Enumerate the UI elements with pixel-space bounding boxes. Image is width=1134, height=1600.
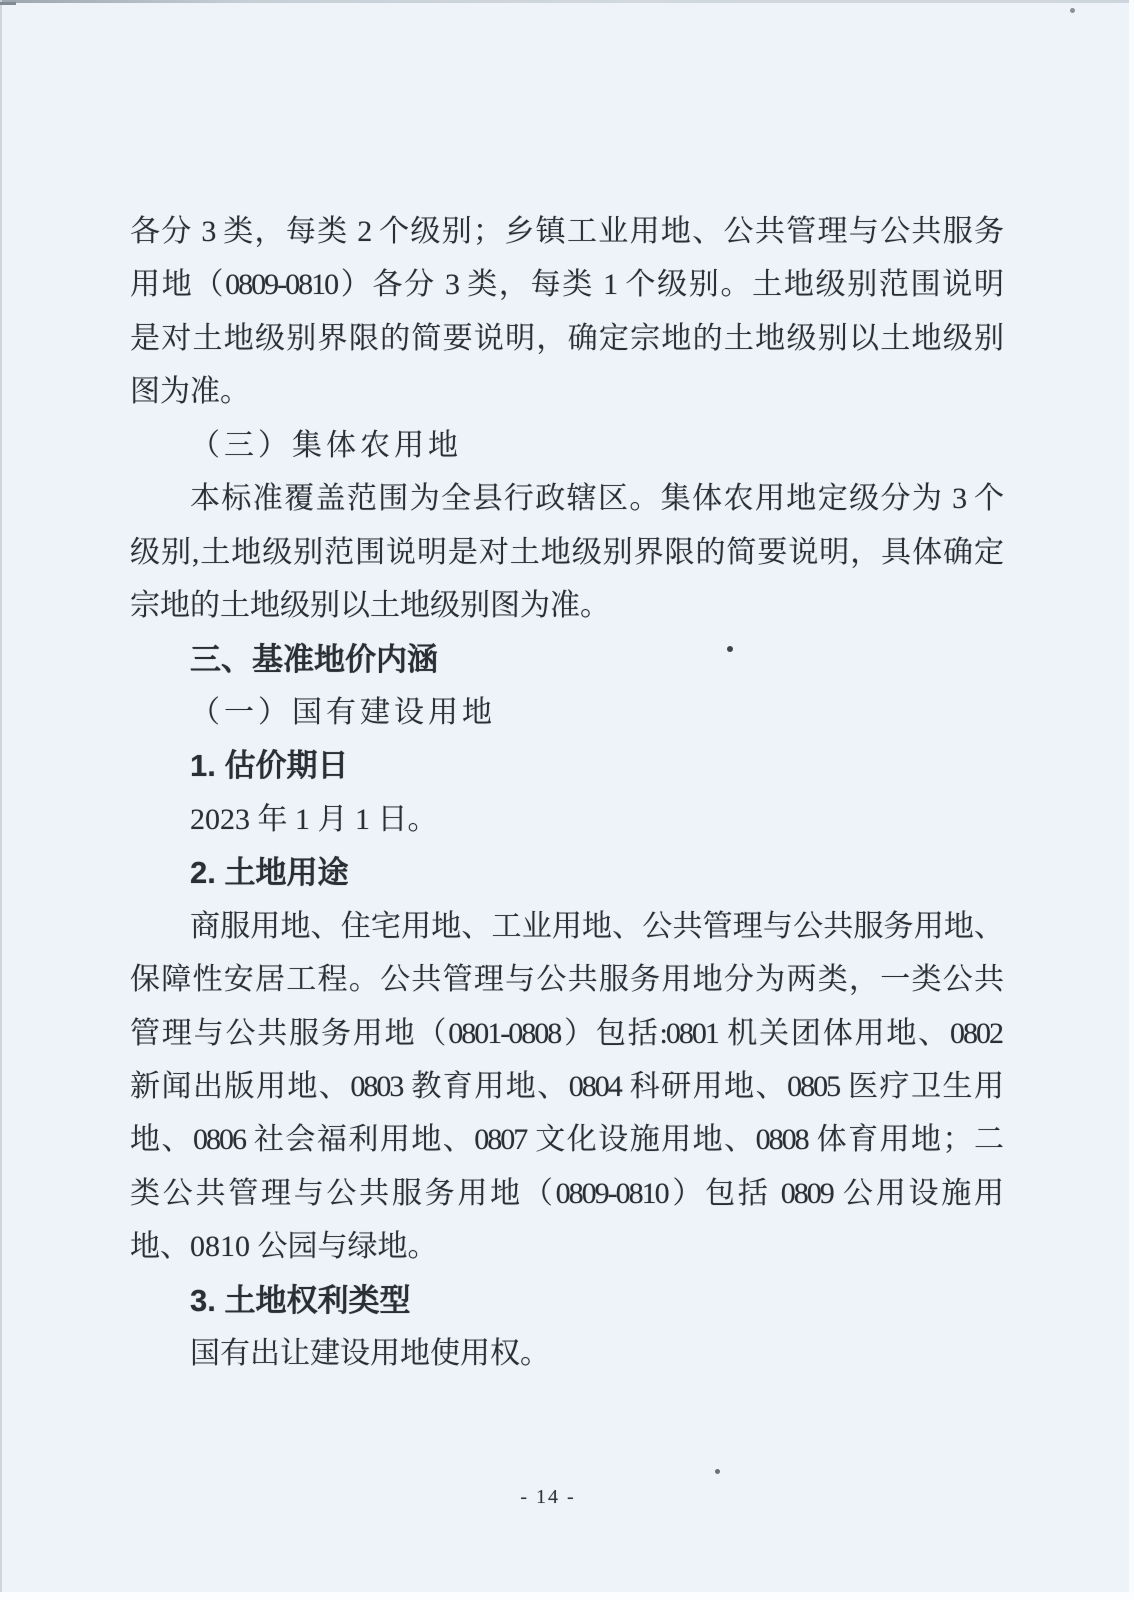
heading-benchmark-land-price-connotation: 三、基准地价内涵 (130, 633, 1002, 686)
text-line: （三）集体农用地 (130, 419, 1002, 472)
text-line: 是对土地级别界限的简要说明，确定宗地的土地级别以土地级别 (130, 312, 1002, 365)
heading-land-use: 2. 土地用途 (130, 846, 1002, 899)
text-line: 宗地的土地级别以土地级别图为准。 (130, 579, 1002, 632)
text-line: 2023 年 1 月 1 日。 (130, 793, 1002, 846)
text-line: 管理与公共服务用地（0801-0808）包括:0801 机关团体用地、0802 (130, 1007, 1002, 1060)
paragraph-land-use: 商服用地、住宅用地、工业用地、公共管理与公共服务用地、保障性安居工程。公共管理与… (130, 900, 1002, 1274)
text-line: （一）国有建设用地 (130, 686, 1002, 739)
text-line: 2. 土地用途 (130, 846, 1002, 899)
text-line: 级别,土地级别范围说明是对土地级别界限的简要说明，具体确定 (130, 526, 1002, 579)
scan-speck (715, 1469, 720, 1474)
page-footer: - 14 - (0, 1486, 1134, 1509)
subheading-state-owned-construction-land: （一）国有建设用地 (130, 686, 1002, 739)
paragraph-land-right-type: 国有出让建设用地使用权。 (130, 1327, 1002, 1380)
scan-speck (1070, 8, 1075, 13)
scan-edge-left (0, 0, 2, 1600)
scan-corner-mark (0, 2, 16, 5)
text-line: 各分 3 类，每类 2 个级别；乡镇工业用地、公共管理与公共服务 (130, 205, 1002, 258)
scan-edge-right (1129, 0, 1134, 1600)
text-line: 地、0810 公园与绿地。 (130, 1220, 1002, 1273)
text-line: 国有出让建设用地使用权。 (130, 1327, 1002, 1380)
scanned-document-page: 各分 3 类，每类 2 个级别；乡镇工业用地、公共管理与公共服务用地（0809-… (0, 0, 1134, 1600)
document-body: 各分 3 类，每类 2 个级别；乡镇工业用地、公共管理与公共服务用地（0809-… (130, 205, 1002, 1381)
text-line: 图为准。 (130, 365, 1002, 418)
scan-edge-top (0, 0, 1134, 3)
text-line: 用地（0809-0810）各分 3 类，每类 1 个级别。土地级别范围说明 (130, 258, 1002, 311)
paragraph-collective-agricultural-land: 本标准覆盖范围为全县行政辖区。集体农用地定级分为 3 个级别,土地级别范围说明是… (130, 472, 1002, 632)
page-number: - 14 - (520, 1486, 575, 1509)
text-line: 本标准覆盖范围为全县行政辖区。集体农用地定级分为 3 个 (130, 472, 1002, 525)
text-line: 商服用地、住宅用地、工业用地、公共管理与公共服务用地、 (130, 900, 1002, 953)
text-line: 3. 土地权利类型 (130, 1274, 1002, 1327)
heading-valuation-date: 1. 估价期日 (130, 739, 1002, 792)
paragraph-valuation-date: 2023 年 1 月 1 日。 (130, 793, 1002, 846)
text-line: 1. 估价期日 (130, 739, 1002, 792)
paragraph-land-grade-notes: 各分 3 类，每类 2 个级别；乡镇工业用地、公共管理与公共服务用地（0809-… (130, 205, 1002, 419)
text-line: 地、0806 社会福利用地、0807 文化设施用地、0808 体育用地；二 (130, 1113, 1002, 1166)
subheading-collective-agricultural-land: （三）集体农用地 (130, 419, 1002, 472)
scan-speck (727, 646, 733, 652)
scan-edge-bottom (0, 1592, 1134, 1600)
text-line: 三、基准地价内涵 (130, 633, 1002, 686)
text-line: 新闻出版用地、0803 教育用地、0804 科研用地、0805 医疗卫生用 (130, 1060, 1002, 1113)
text-line: 保障性安居工程。公共管理与公共服务用地分为两类，一类公共 (130, 953, 1002, 1006)
text-line: 类公共管理与公共服务用地（0809-0810）包括 0809 公用设施用 (130, 1167, 1002, 1220)
heading-land-right-type: 3. 土地权利类型 (130, 1274, 1002, 1327)
